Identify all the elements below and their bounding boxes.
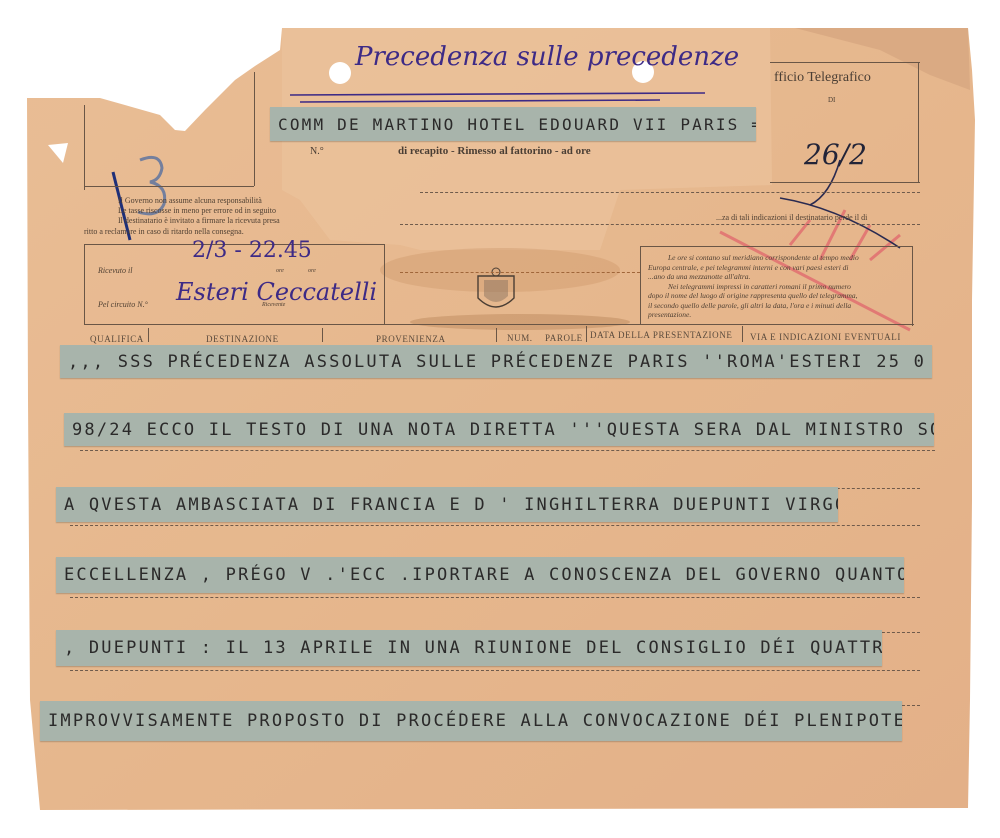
column-header-num: NUM. <box>507 333 533 343</box>
form-line <box>742 326 743 342</box>
form-line <box>254 72 255 186</box>
message-tape-1: ,,, SSS PRÉCEDENZA ASSOLUTA SULLE PRÉCED… <box>60 345 932 378</box>
message-guide-line <box>80 450 935 451</box>
telegram-document: Precedenza sulle precedenze fficio Teleg… <box>0 0 1000 838</box>
message-tape-5: , DUEPUNTI : IL 13 APRILE IN UNA RIUNION… <box>56 630 882 666</box>
office-di-label: DI <box>828 96 835 104</box>
message-line-4: ECCELLENZA , PRÉGO V .'ECC .IPORTARE A C… <box>56 565 904 585</box>
form-line <box>918 62 919 182</box>
column-header-via: VIA E INDICAZIONI EVENTUALI <box>750 332 901 342</box>
form-line <box>84 105 85 190</box>
handwritten-date-ref: 26/2 <box>804 138 867 171</box>
handwritten-priority-note: Precedenza sulle precedenze <box>355 42 739 72</box>
disclaimer-line-4: ritto a reclamare in caso di ritardo nel… <box>84 227 244 237</box>
handwritten-received-time: 2/3 - 22.45 <box>192 238 312 263</box>
form-line <box>640 246 912 247</box>
message-guide-line <box>70 670 920 671</box>
notice-line: Nei telegrammi impressi in caratteri rom… <box>648 282 910 292</box>
column-header-data: DATA DELLA PRESENTAZIONE <box>590 330 732 340</box>
form-line <box>586 326 587 342</box>
form-dashed-line <box>400 272 640 273</box>
message-tape-2: 98/24 ECCO IL TESTO DI UNA NOTA DIRETTA … <box>64 413 934 446</box>
circuit-label: Pel circuito N.° <box>98 300 148 310</box>
message-line-3: A QVESTA AMBASCIATA DI FRANCIA E D ' ING… <box>56 495 838 515</box>
disclaimer-right: ...za di tali indicazioni il destinatari… <box>716 213 867 223</box>
message-tape-3: A QVESTA AMBASCIATA DI FRANCIA E D ' ING… <box>56 487 838 522</box>
form-line <box>384 244 385 324</box>
disclaimer-line-2: Le tasse riscosse in meno per errore od … <box>118 206 276 216</box>
form-line <box>770 62 920 63</box>
delivery-line-text: di recapito - Rimesso al fattorino - ad … <box>398 145 591 157</box>
notice-line: presentazione. <box>648 310 910 320</box>
message-line-1: ,,, SSS PRÉCEDENZA ASSOLUTA SULLE PRÉCED… <box>60 352 932 372</box>
form-line <box>84 244 85 324</box>
column-header-provenienza: PROVENIENZA <box>376 334 446 344</box>
form-dashed-line <box>420 192 920 193</box>
message-tape-4: ECCELLENZA , PRÉGO V .'ECC .IPORTARE A C… <box>56 557 904 593</box>
form-line <box>148 328 149 342</box>
message-line-5: , DUEPUNTI : IL 13 APRILE IN UNA RIUNION… <box>56 638 882 658</box>
form-dashed-line <box>400 224 920 225</box>
column-header-parole: PAROLE <box>545 333 583 343</box>
received-ore-label-2: ore <box>308 266 316 276</box>
handwritten-signature: Esteri Ceccatelli <box>176 278 377 306</box>
form-line <box>496 328 497 342</box>
form-line <box>84 324 914 325</box>
form-line <box>640 246 641 324</box>
notice-line: ...ano da una mezzanotte all'altra. <box>648 272 910 282</box>
notice-line: il secondo quello delle parole, gli altr… <box>648 301 910 311</box>
recipient-tape: COMM DE MARTINO HOTEL EDOUARD VII PARIS … <box>270 107 756 141</box>
office-label: fficio Telegrafico <box>774 70 871 86</box>
notice-line: Le ore si contano sul meridiano corrispo… <box>648 253 910 263</box>
column-header-qualifica: QUALIFICA <box>90 334 144 344</box>
message-guide-line <box>70 597 920 598</box>
received-ore-label: ore <box>276 266 284 276</box>
form-line <box>912 246 913 326</box>
column-header-destinazione: DESTINAZIONE <box>206 334 279 344</box>
notice-line: dopo il nome del luogo di origine rappre… <box>648 291 910 301</box>
delivery-number-label: N.° <box>310 146 324 157</box>
message-line-2: 98/24 ECCO IL TESTO DI UNA NOTA DIRETTA … <box>64 420 934 440</box>
message-line-6: IMPROVVISAMENTE PROPOSTO DI PROCÉDERE AL… <box>40 711 902 731</box>
notice-line: Europa centrale, e pei telegrammi intern… <box>648 263 910 273</box>
disclaimer-line-3: Il destinatario è invitato a firmare la … <box>118 216 280 226</box>
notice-box: Le ore si contano sul meridiano corrispo… <box>648 253 910 320</box>
received-label: Ricevuto il <box>98 266 132 276</box>
message-guide-line <box>70 525 920 526</box>
form-line <box>322 328 323 342</box>
message-tape-6: IMPROVVISAMENTE PROPOSTO DI PROCÉDERE AL… <box>40 701 902 741</box>
form-line <box>770 182 920 183</box>
recipient-text: COMM DE MARTINO HOTEL EDOUARD VII PARIS … <box>270 115 756 134</box>
